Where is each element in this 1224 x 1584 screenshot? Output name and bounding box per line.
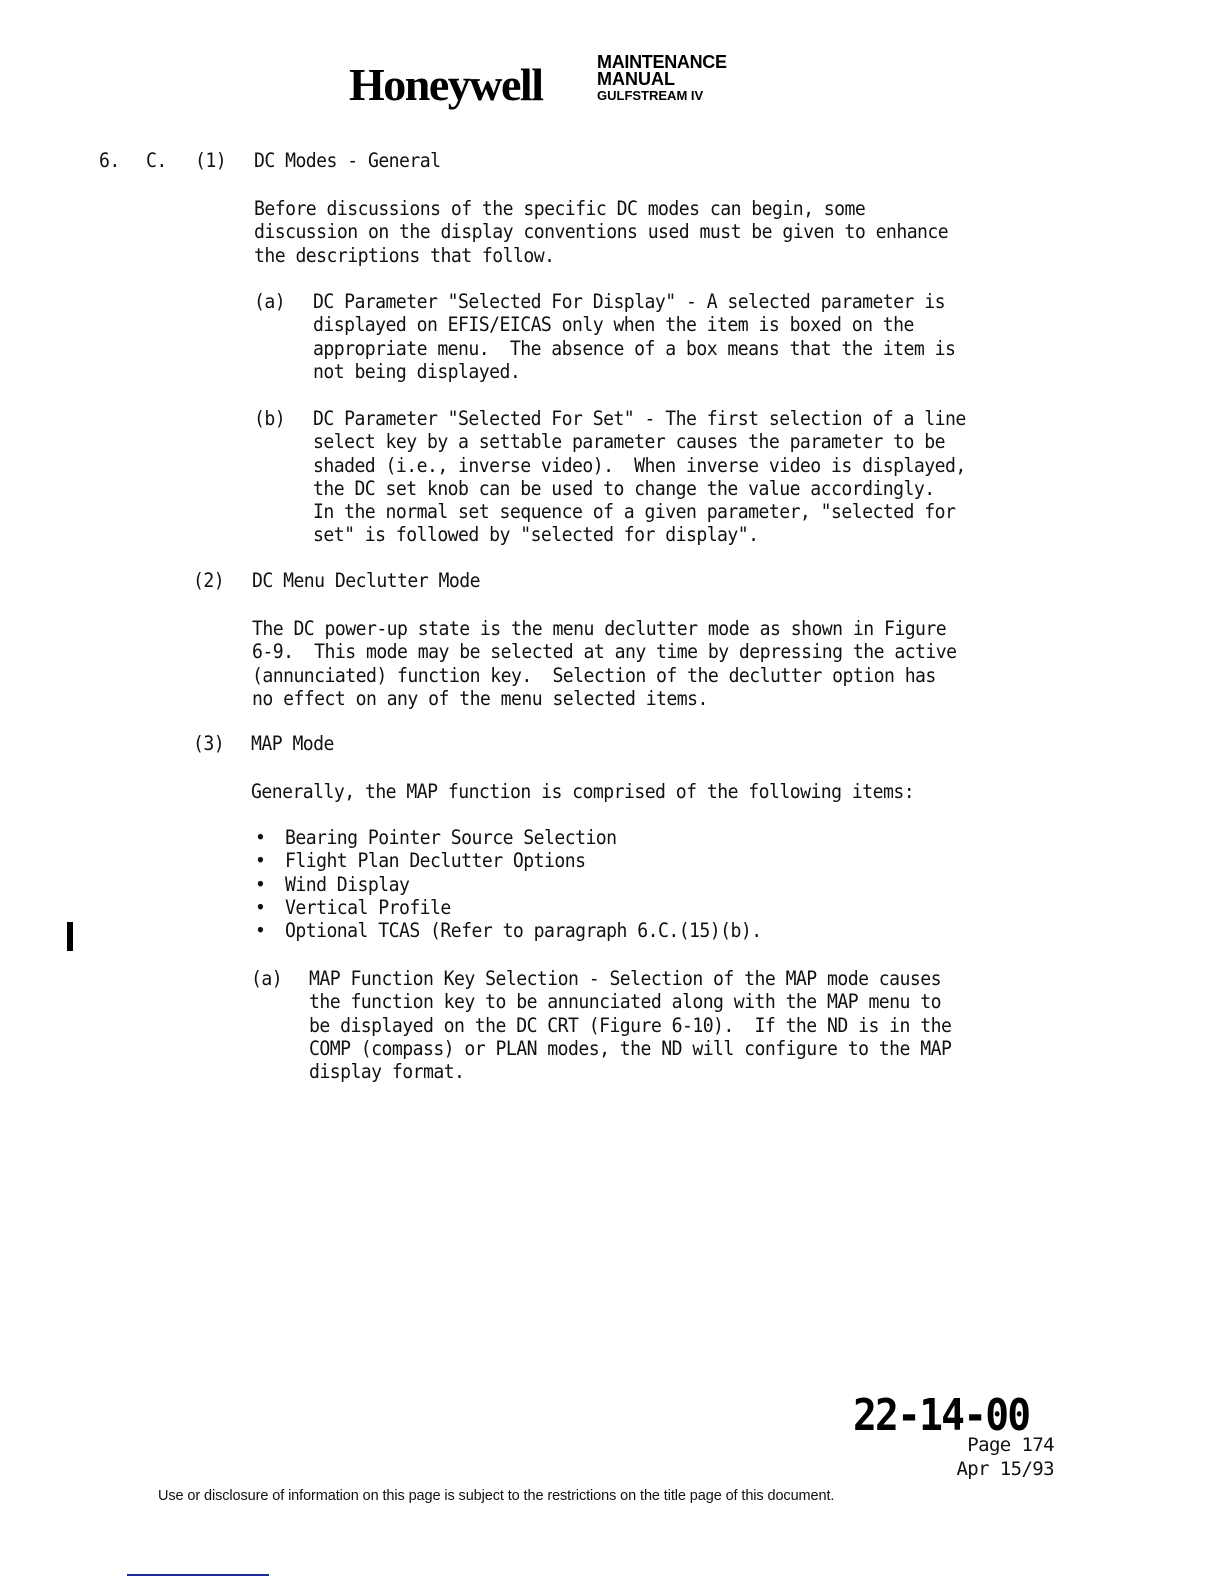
para-1-title: DC Modes - General — [254, 149, 440, 172]
manual-line-2: MANUAL — [597, 71, 727, 88]
para-2-title: DC Menu Declutter Mode — [252, 569, 480, 592]
text-line: (annunciated) function key. Selection of… — [252, 664, 957, 687]
para-3-intro: Generally, the MAP function is comprised… — [251, 780, 914, 803]
disclosure-notice: Use or disclosure of information on this… — [158, 1488, 834, 1504]
subitem-b-label: (b) — [254, 407, 285, 430]
text-line: MAP Function Key Selection - Selection o… — [309, 967, 951, 990]
bullet-icon: • — [255, 873, 265, 896]
text-line: discussion on the display conventions us… — [254, 220, 948, 243]
bottom-rule — [127, 1574, 269, 1576]
subitem-a-text: DC Parameter "Selected For Display" - A … — [313, 290, 1004, 383]
text-line: Before discussions of the specific DC mo… — [254, 197, 948, 220]
list-item-text: Wind Display — [285, 873, 409, 896]
bullet-icon: • — [255, 849, 265, 872]
subitem-a-label: (a) — [254, 290, 285, 313]
para-3-title: MAP Mode — [251, 732, 334, 755]
text-line: appropriate menu. The absence of a box m… — [313, 337, 955, 360]
revision-change-bar — [67, 922, 73, 951]
list-item-text: Optional TCAS (Refer to paragraph 6.C.(1… — [285, 919, 762, 942]
text-line: DC Parameter "Selected For Set" - The fi… — [313, 407, 966, 430]
text-line: shaded (i.e., inverse video). When inver… — [313, 454, 966, 477]
text-line: DC Parameter "Selected For Display" - A … — [313, 290, 955, 313]
text-line: the DC set knob can be used to change th… — [313, 477, 966, 500]
text-line: no effect on any of the menu selected it… — [252, 687, 957, 710]
aircraft-name: GULFSTREAM IV — [597, 88, 727, 103]
bullet-icon: • — [255, 896, 265, 919]
text-line: not being displayed. — [313, 360, 955, 383]
para-3-number: (3) — [193, 732, 224, 755]
list-item-text: Vertical Profile — [285, 896, 451, 919]
text-line: the descriptions that follow. — [254, 244, 948, 267]
section-number: 6. — [99, 149, 120, 172]
subitem-3a-text: MAP Function Key Selection - Selection o… — [309, 967, 1000, 1083]
para-2-number: (2) — [193, 569, 224, 592]
text-line: displayed on EFIS/EICAS only when the it… — [313, 313, 955, 336]
bullet-icon: • — [255, 919, 265, 942]
section-letter: C. — [146, 149, 167, 172]
subitem-b-text: DC Parameter "Selected For Set" - The fi… — [313, 407, 1015, 547]
text-line: COMP (compass) or PLAN modes, the ND wil… — [309, 1037, 951, 1060]
list-item-text: Bearing Pointer Source Selection — [285, 826, 617, 849]
text-line: In the normal set sequence of a given pa… — [313, 500, 966, 523]
para-1-number: (1) — [195, 149, 226, 172]
text-line: select key by a settable parameter cause… — [313, 430, 966, 453]
subitem-3a-label: (a) — [251, 967, 282, 990]
text-line: the function key to be annunciated along… — [309, 990, 951, 1013]
list-item-text: Flight Plan Declutter Options — [285, 849, 585, 872]
text-line: be displayed on the DC CRT (Figure 6-10)… — [309, 1014, 951, 1037]
text-line: set" is followed by "selected for displa… — [313, 523, 966, 546]
revision-date: Apr 15/93 — [956, 1458, 1054, 1480]
text-line: display format. — [309, 1060, 951, 1083]
manual-header: MAINTENANCE MANUAL GULFSTREAM IV — [597, 54, 727, 103]
honeywell-logo: Honeywell — [349, 58, 542, 111]
text-line: 6-9. This mode may be selected at any ti… — [252, 640, 957, 663]
para-1-body: Before discussions of the specific DC mo… — [254, 197, 1000, 267]
para-2-body: The DC power-up state is the menu declut… — [252, 617, 1010, 710]
text-line: The DC power-up state is the menu declut… — [252, 617, 957, 640]
page-number: Page 174 — [967, 1434, 1054, 1456]
bullet-icon: • — [255, 826, 265, 849]
